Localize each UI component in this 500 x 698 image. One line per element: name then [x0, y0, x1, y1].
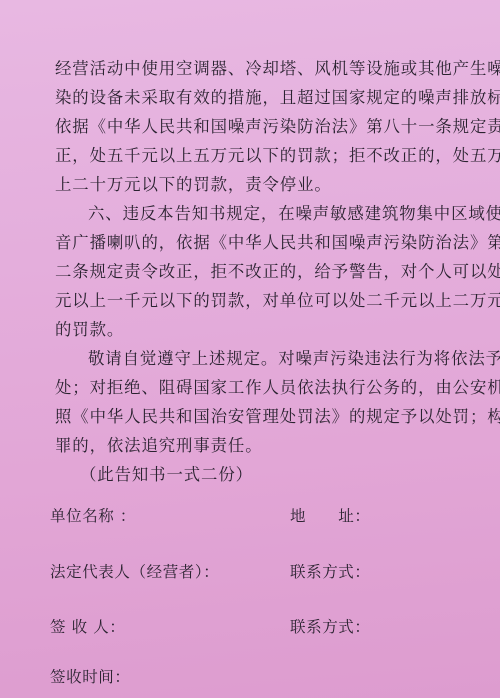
- notice-line: 照《中华人民共和国治安管理处罚法》的规定予以处罚；构成犯: [55, 407, 477, 427]
- sign-time-label: 签收时间：: [50, 667, 131, 687]
- paragraph-line: 经营活动中使用空调器、冷却塔、风机等设施或其他产生噪声污: [55, 59, 477, 79]
- paragraph-line: 染的设备未采取有效的措施，且超过国家规定的噪声排放标准的，: [55, 88, 477, 108]
- notice-line: 处；对拒绝、阻碍国家工作人员依法执行公务的，由公安机关依: [55, 378, 477, 398]
- signee-label: 签 收 人：: [50, 617, 125, 637]
- copies-note: （此告知书一式二份）: [80, 465, 380, 485]
- legal-representative-label: 法定代表人（经营者）：: [50, 562, 219, 582]
- signee-contact-label: 联系方式：: [290, 617, 371, 637]
- notice-line: 敬请自觉遵守上述规定。对噪声污染违法行为将依法予以查: [88, 349, 477, 369]
- notice-line: 罪的，依法追究刑事责任。: [55, 436, 477, 456]
- item-six-line: 二条规定责令改正，拒不改正的，给予警告，对个人可以处二百: [55, 262, 477, 282]
- item-six-line: 元以上一千元以下的罚款，对单位可以处二千元以上二万元以下: [55, 291, 477, 311]
- item-six-line: 的罚款。: [55, 320, 477, 340]
- unit-name-label: 单位名称 ：: [50, 506, 136, 526]
- paragraph-line: 正，处五千元以上五万元以下的罚款；拒不改正的，处五万元以: [55, 146, 477, 166]
- notice-document-page: 经营活动中使用空调器、冷却塔、风机等设施或其他产生噪声污 染的设备未采取有效的措…: [0, 0, 500, 698]
- paragraph-line: 依据《中华人民共和国噪声污染防治法》第八十一条规定责令改: [55, 117, 477, 137]
- item-six-line: 六、违反本告知书规定，在噪声敏感建筑物集中区域使用高: [88, 204, 477, 224]
- item-six-line: 音广播喇叭的，依据《中华人民共和国噪声污染防治法》第八十: [55, 233, 477, 253]
- paragraph-line: 上二十万元以下的罚款，责令停业。: [55, 175, 477, 195]
- address-label: 地 址：: [290, 506, 371, 526]
- contact-label: 联系方式：: [290, 562, 371, 582]
